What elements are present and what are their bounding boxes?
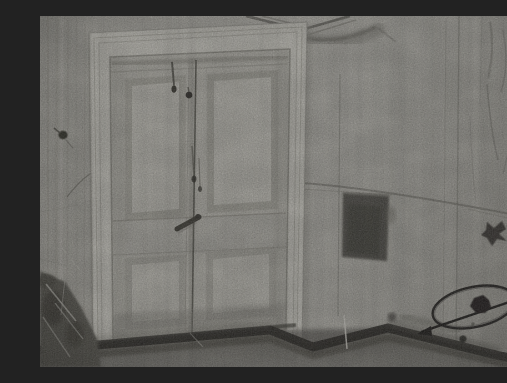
- room-photograph: [40, 16, 507, 367]
- grain-highlight-overlay: [40, 16, 507, 367]
